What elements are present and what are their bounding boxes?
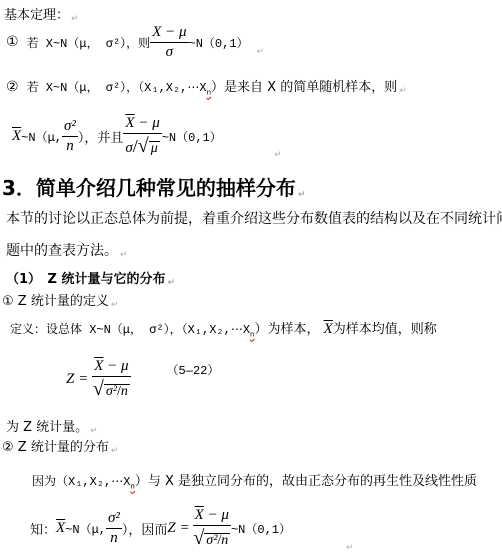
z-definition-heading: ① Z 统计量的定义↵	[2, 290, 118, 310]
intro-text: 本节的讨论以正态总体为前提，着重介绍这些分布数值表的结构以及在不同统计问	[6, 211, 502, 227]
x-bar: X	[56, 520, 65, 537]
section-3-title: 3．简单介绍几种常见的抽样分布↵	[2, 172, 305, 201]
subsection-1-title: （1） Z 统计量与它的分布↵	[6, 268, 175, 288]
paragraph-mark: ↵	[399, 86, 407, 96]
section-3-intro-line-1: 本节的讨论以正态总体为前提，着重介绍这些分布数值表的结构以及在不同统计问	[6, 208, 502, 228]
paragraph-mark: ↵	[111, 446, 119, 456]
heading-text: ① Z 统计量的定义	[2, 294, 109, 309]
caption-text: 为 Z 统计量。	[6, 420, 88, 435]
definition-text: ）为样本，	[254, 322, 319, 337]
fraction-numerator: X − μ	[193, 508, 231, 526]
z-caption: 为 Z 统计量。↵	[6, 416, 98, 436]
theorem-item-1: ① 若 X~N（μ， σ²），则 X − μ σ ~N（0,1） ↵	[6, 22, 264, 62]
fraction-denominator: √σ²/n	[193, 526, 230, 548]
paragraph-mark: ↵	[298, 190, 306, 200]
fraction-numerator: σ²	[62, 119, 78, 137]
item-text-tail: ~N（0,1）	[189, 34, 249, 51]
item-marker: ②	[6, 79, 19, 95]
equation-number: （5—22）	[167, 361, 220, 378]
heading-text: ② Z 统计量的分布	[2, 440, 109, 455]
because-line: 因为（X₁,X₂,⋯Xn）与 X 是独立同分布的，故由正态分布的再生性及线性性质	[32, 470, 477, 491]
sigma: σ	[125, 140, 132, 156]
x-bar: X	[195, 507, 204, 523]
z-distribution-heading: ② Z 统计量的分布↵	[2, 436, 118, 456]
x-bar: X	[12, 128, 21, 145]
conclusion-formula: 知： X ~N（μ, σ² n ），因而 Z = X − μ √σ²/n ~N（…	[30, 500, 291, 555]
fraction-numerator: X − μ	[92, 359, 130, 377]
fraction-numerator: X − μ	[150, 25, 188, 43]
sqrt-body: μ	[149, 141, 160, 156]
conclusion-text-tail: ~N（0,1）	[231, 520, 291, 537]
subsection-title-text: （1） Z 统计量与它的分布	[6, 272, 166, 287]
intro-text: 题中的查表方法。	[6, 243, 118, 259]
item-text: 若 X~N（μ， σ²），则	[27, 34, 151, 51]
conclusion-text: ），因而	[122, 519, 168, 538]
because-text: 因为（X₁,X₂,⋯X	[32, 475, 130, 489]
z-fraction: X − μ √σ²/n	[92, 359, 130, 399]
item-marker: ①	[6, 34, 19, 50]
conclusion-text: ~N（μ,	[65, 520, 106, 537]
sqrt: √σ²/n	[93, 379, 130, 399]
z-lhs: Z =	[167, 520, 189, 537]
z-formula: Z = X − μ √σ²/n （5—22）	[66, 344, 219, 414]
n: n	[121, 384, 128, 399]
fraction-denominator: n	[66, 137, 74, 154]
numerator-rest: − μ	[103, 358, 128, 374]
definition-text-tail: 为样本均值，则称	[333, 322, 437, 337]
x-bar: X	[324, 321, 333, 337]
formula-text: ~N（μ,	[21, 128, 62, 145]
item-text-tail: ）是来自 X 的简单随机样本，则	[211, 80, 397, 95]
paragraph-mark: ↵	[257, 47, 265, 57]
fraction: σ² n	[62, 119, 78, 154]
fraction-numerator: X − μ	[123, 116, 161, 134]
sqrt: √μ	[138, 136, 160, 156]
fraction: σ² n	[106, 511, 122, 546]
paragraph-mark: ↵	[90, 426, 98, 436]
paragraph-mark: ↵	[346, 543, 354, 553]
paragraph-mark: ↵	[274, 150, 282, 160]
paragraph-mark: ↵	[168, 278, 176, 288]
formula-text-tail: ~N（0,1）	[162, 128, 222, 145]
numerator-rest: − μ	[135, 115, 160, 131]
section-title-text: 3．简单介绍几种常见的抽样分布	[2, 176, 296, 200]
n: n	[221, 533, 228, 548]
conclusion-text: 知：	[30, 519, 56, 538]
fraction-denominator: n	[110, 529, 118, 546]
sqrt: √σ²/n	[193, 528, 230, 548]
sigma-squared: σ²	[106, 384, 117, 399]
definition-text: 定义：设总体 X~N（μ， σ²），（X₁,X₂,⋯X	[10, 323, 250, 337]
theorem-label-text: 基本定理：	[4, 8, 69, 23]
definition-line: 定义：设总体 X~N（μ， σ²），（X₁,X₂,⋯Xn）为样本， X为样本均值…	[10, 318, 437, 339]
z-lhs: Z =	[66, 371, 88, 388]
z-fraction: X − μ √σ²/n	[193, 508, 231, 548]
item-text: 若 X~N（μ， σ²），（X₁,X₂,⋯X	[27, 81, 207, 95]
x-bar: X	[94, 358, 103, 374]
fraction-denominator: σ/√μ	[125, 134, 159, 156]
sample-mean-formula: X ~N（μ, σ² n ），并且 X − μ σ/√μ ~N（0,1）	[12, 106, 222, 166]
fraction-denominator: √σ²/n	[93, 377, 130, 399]
numerator-rest: − μ	[204, 507, 229, 523]
sigma-squared: σ²	[206, 533, 217, 548]
fraction-numerator: σ²	[106, 511, 122, 529]
theorem-item-2: ②若 X~N（μ， σ²），（X₁,X₂,⋯Xn）是来自 X 的简单随机样本，则…	[6, 76, 407, 97]
paragraph-mark: ↵	[111, 300, 119, 310]
theorem-label: 基本定理：↵	[4, 4, 79, 24]
fraction: X − μ σ	[150, 25, 188, 60]
fraction-denominator: σ	[166, 43, 173, 60]
paragraph-mark: ↵	[120, 250, 128, 260]
section-3-intro-line-2: 题中的查表方法。↵	[6, 240, 128, 260]
because-text-tail: ）与 X 是独立同分布的，故由正态分布的再生性及线性性质	[135, 474, 477, 489]
formula-text: ），并且	[78, 127, 124, 146]
fraction-standardized: X − μ σ/√μ	[123, 116, 161, 156]
x-bar: X	[125, 115, 134, 131]
